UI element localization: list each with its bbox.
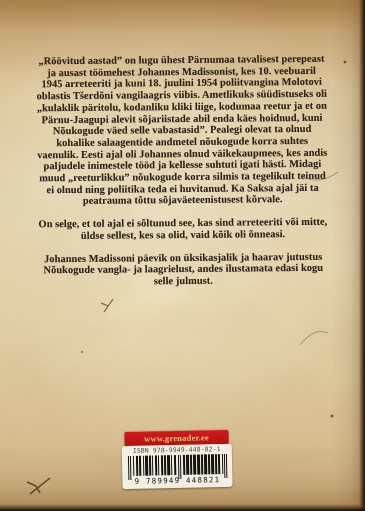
cover-edge-bottom xyxy=(0,504,365,511)
book-back-cover: „Röövitud aastad” on lugu ühest Pärnumaa… xyxy=(0,0,365,511)
publisher-url: www.grenader.ee xyxy=(144,432,209,443)
barcode-label: www.grenader.ee ISBN 978-9949-448-82-1 9… xyxy=(121,430,232,489)
blurb-paragraph: Johannes Madissoni päevik on üksikasjali… xyxy=(38,251,329,289)
barcode-digits: 9 789949 448821 xyxy=(125,475,229,486)
isbn-sticker: ISBN 978-9949-448-82-1 9 789949 448821 xyxy=(122,444,233,489)
blurb-paragraph: On selge, et tol ajal ei sõltunud see, k… xyxy=(37,217,328,243)
cover-edge-right xyxy=(359,0,365,511)
blurb-text: „Röövitud aastad” on lugu ühest Pärnumaa… xyxy=(36,54,329,300)
blurb-paragraph: „Röövitud aastad” on lugu ühest Pärnumaa… xyxy=(36,54,328,209)
